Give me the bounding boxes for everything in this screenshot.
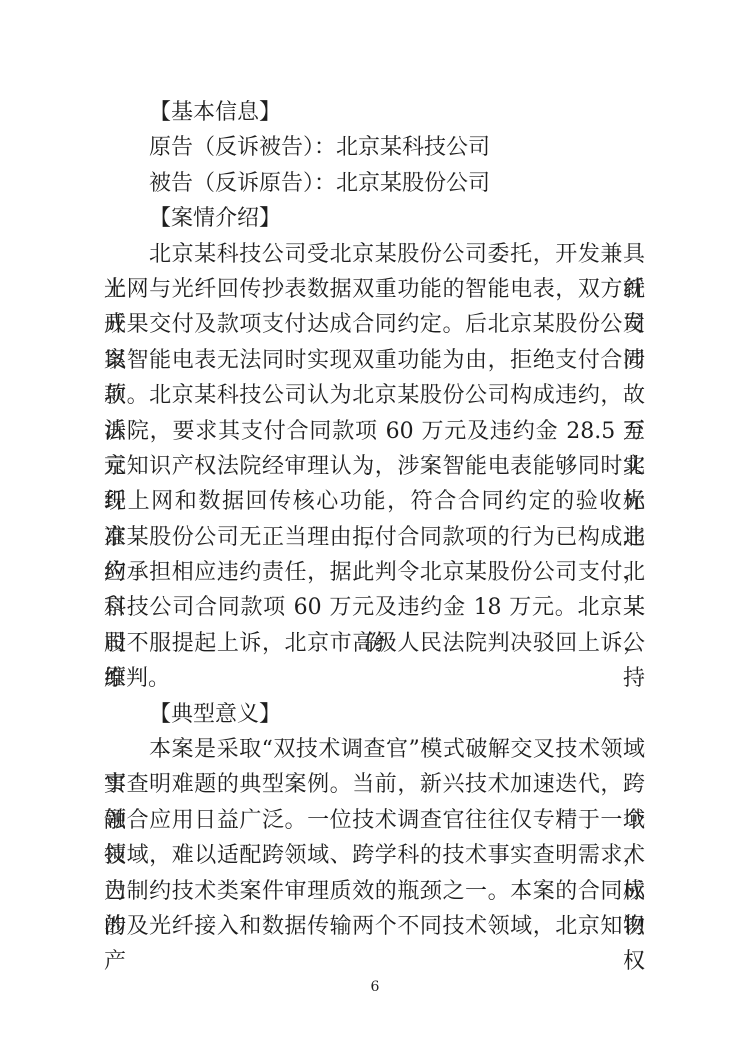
document-page: 【基本信息】 原告（反诉被告）：北京某科技公司 被告（反诉原告）：北京某股份公司…	[0, 0, 750, 1061]
case-intro-line: 案智能电表无法同时实现双重功能为由，拒绝支付合同款	[104, 343, 645, 378]
significance-line: 领域，难以适配跨领域、跨学科的技术事实查明需求，已成	[104, 838, 645, 873]
case-intro-line: 法院，要求其支付合同款项 60 万元及违约金 28.5 万元。北	[104, 414, 645, 449]
case-intro-line: 京知识产权法院经审理认为，涉案智能电表能够同时实现光	[104, 449, 645, 484]
case-intro-line: 京某股份公司无正当理由拒付合同款项的行为已构成违约，	[104, 520, 645, 555]
case-intro-line: 成果交付及款项支付达成合同约定。后北京某股份公司以涉	[104, 307, 645, 342]
case-intro-line: 司不服提起上诉，北京市高级人民法院判决驳回上诉，维持	[104, 626, 645, 661]
page-number: 6	[0, 978, 750, 996]
significance-line: 为制约技术类案件审理质效的瓶颈之一。本案的合同标的物	[104, 874, 645, 909]
case-intro-line: 上网与光纤回传抄表数据双重功能的智能电表，双方就开发	[104, 272, 645, 307]
significance-line: 融合应用日益广泛。一位技术调查官往往仅专精于一个技术	[104, 803, 645, 838]
case-intro-line: 科技公司合同款项 60 万元及违约金 18 万元。北京某股份公	[104, 590, 645, 625]
case-intro-line: 应承担相应违约责任，据此判令北京某股份公司支付北京某	[104, 555, 645, 590]
case-intro-line: 项。北京某科技公司认为北京某股份公司构成违约，故诉至	[104, 378, 645, 413]
heading-case-introduction: 【案情介绍】	[104, 201, 645, 236]
heading-basic-info: 【基本信息】	[104, 95, 645, 130]
significance-line: 涉及光纤接入和数据传输两个不同技术领域，北京知识产权	[104, 909, 645, 944]
heading-typical-significance: 【典型意义】	[104, 697, 645, 732]
document-text: 【基本信息】 原告（反诉被告）：北京某科技公司 被告（反诉原告）：北京某股份公司…	[104, 95, 645, 944]
case-intro-line: 纤上网和数据回传核心功能，符合合同约定的验收标准，北	[104, 484, 645, 519]
significance-line: 实查明难题的典型案例。当前，新兴技术加速迭代，跨领域	[104, 767, 645, 802]
defendant-line: 被告（反诉原告）：北京某股份公司	[104, 166, 645, 201]
case-intro-line: 北京某科技公司受北京某股份公司委托，开发兼具光纤	[104, 237, 645, 272]
significance-line: 本案是采取“双技术调查官”模式破解交叉技术领域事	[104, 732, 645, 767]
plaintiff-line: 原告（反诉被告）：北京某科技公司	[104, 130, 645, 165]
